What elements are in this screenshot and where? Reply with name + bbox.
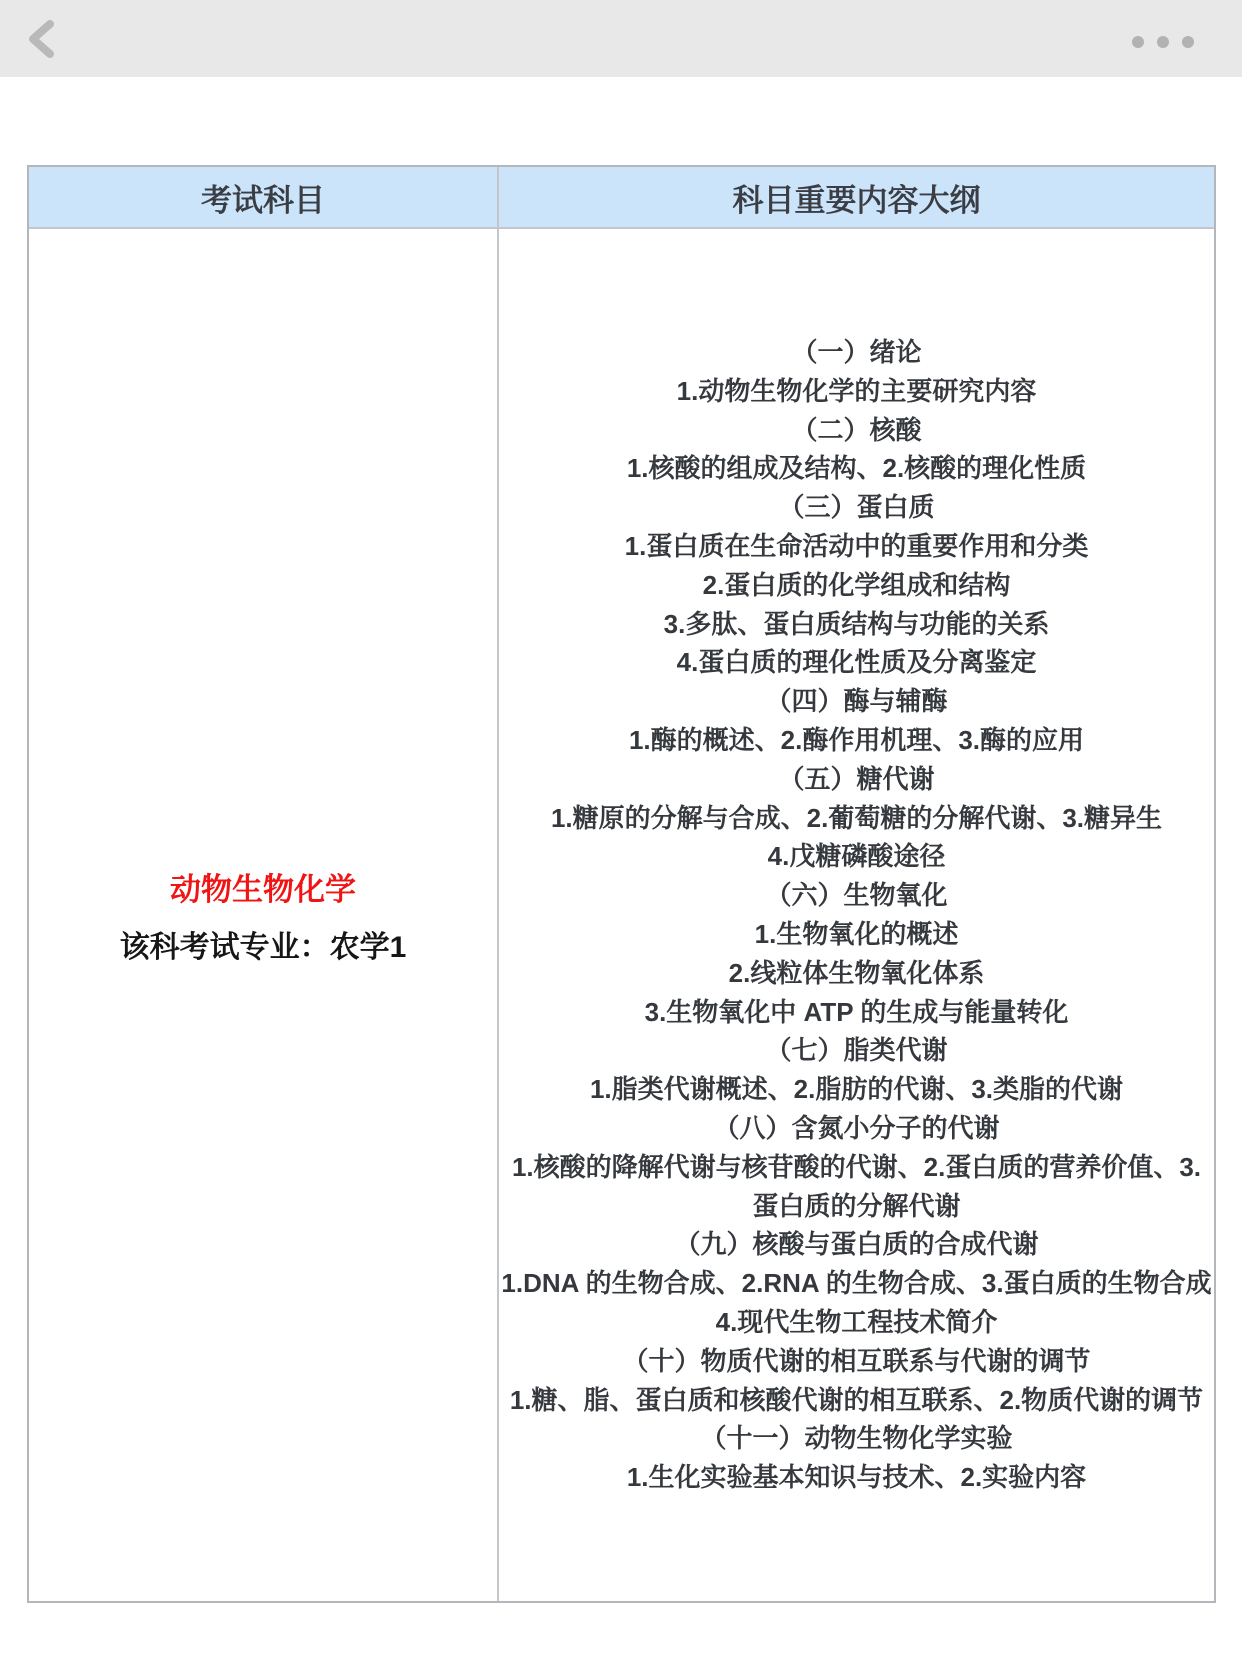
table-header-outline: 科目重要内容大纲 [499, 167, 1214, 229]
outline-line: （一）绪论 [791, 333, 921, 372]
outline-line: （八）含氮小分子的代谢 [713, 1109, 999, 1148]
outline-cell: （一）绪论1.动物生物化学的主要研究内容（二）核酸1.核酸的组成及结构、2.核酸… [499, 229, 1214, 1601]
more-options-icon[interactable] [1132, 36, 1194, 48]
outline-line: （五）糖代谢 [778, 760, 934, 799]
outline-line: 1.糖原的分解与合成、2.葡萄糖的分解代谢、3.糖异生 [551, 799, 1162, 838]
outline-line: （十一）动物生物化学实验 [700, 1419, 1012, 1458]
outline-line: 3.多肽、蛋白质结构与功能的关系 [664, 605, 1050, 644]
subject-cell: 动物生物化学 该科考试专业：农学1 [29, 229, 499, 1601]
top-navbar [0, 0, 1242, 77]
dot [1157, 36, 1169, 48]
outline-line: （六）生物氧化 [765, 876, 947, 915]
outline-line: 1.蛋白质在生命活动中的重要作用和分类 [625, 527, 1089, 566]
table-header-subject: 考试科目 [29, 167, 499, 229]
outline-line: 1.生物氧化的概述 [755, 915, 959, 954]
outline-line: 蛋白质的分解代谢 [752, 1187, 960, 1226]
outline-line: （三）蛋白质 [778, 488, 934, 527]
outline-line: 4.戊糖磷酸途径 [768, 837, 946, 876]
outline-line: 1.核酸的组成及结构、2.核酸的理化性质 [627, 449, 1086, 488]
outline-line: 2.线粒体生物氧化体系 [729, 954, 985, 993]
outline-line: 1.DNA 的生物合成、2.RNA 的生物合成、3.蛋白质的生物合成 [501, 1264, 1211, 1303]
outline-line: 1.糖、脂、蛋白质和核酸代谢的相互联系、2.物质代谢的调节 [510, 1381, 1203, 1420]
outline-line: 4.现代生物工程技术简介 [716, 1303, 998, 1342]
outline-line: 1.酶的概述、2.酶作用机理、3.酶的应用 [629, 721, 1084, 760]
exam-subject-table: 考试科目 科目重要内容大纲 动物生物化学 该科考试专业：农学1 （一）绪论1.动… [27, 165, 1216, 1603]
dot [1182, 36, 1194, 48]
outline-line: （九）核酸与蛋白质的合成代谢 [674, 1225, 1038, 1264]
annotation-toolbar [0, 77, 1242, 150]
outline-line: 3.生物氧化中 ATP 的生成与能量转化 [645, 993, 1069, 1032]
subject-majors: 该科考试专业：农学1 [120, 922, 407, 966]
outline-line: 1.生化实验基本知识与技术、2.实验内容 [627, 1458, 1086, 1497]
dot [1132, 36, 1144, 48]
outline-line: （七）脂类代谢 [765, 1031, 947, 1070]
subject-name: 动物生物化学 [170, 864, 356, 909]
back-icon[interactable] [24, 19, 58, 59]
outline-line: 1.核酸的降解代谢与核苷酸的代谢、2.蛋白质的营养价值、3. [512, 1148, 1201, 1187]
outline-line: 4.蛋白质的理化性质及分离鉴定 [677, 643, 1037, 682]
outline-line: 1.动物生物化学的主要研究内容 [677, 372, 1037, 411]
outline-line: 1.脂类代谢概述、2.脂肪的代谢、3.类脂的代谢 [590, 1070, 1123, 1109]
outline-line: （二）核酸 [791, 411, 921, 450]
outline-line: 2.蛋白质的化学组成和结构 [703, 566, 1011, 605]
outline-line: （四）酶与辅酶 [765, 682, 947, 721]
outline-line: （十）物质代谢的相互联系与代谢的调节 [622, 1342, 1090, 1381]
